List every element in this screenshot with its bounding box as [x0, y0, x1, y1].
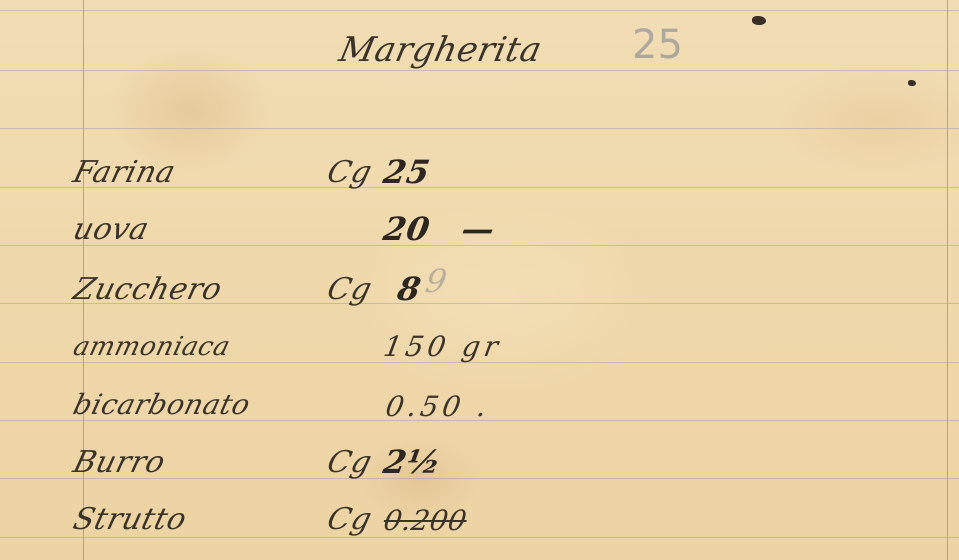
ingredient-unit: Cg — [324, 155, 376, 190]
ingredient-name: bicarbonato — [70, 388, 254, 421]
ingredient-name: Burro — [70, 445, 169, 480]
ink-blot — [908, 80, 916, 86]
ruled-line — [0, 537, 959, 538]
recipe-title: Margherita — [336, 30, 546, 70]
ingredient-name: Strutto — [70, 502, 191, 537]
ink-blot — [752, 16, 766, 25]
ingredient-quantity: 25 — [381, 153, 433, 191]
ingredient-note: — — [459, 210, 498, 248]
ruled-line — [0, 10, 959, 11]
ingredient-quantity: 0.50 . — [383, 390, 493, 423]
ingredient-name: ammoniaca — [70, 332, 233, 362]
ingredient-name: Zucchero — [70, 272, 226, 307]
ingredient-name: uova — [70, 212, 153, 247]
right-margin-line — [947, 0, 948, 560]
page-number: 25 — [632, 22, 683, 68]
ingredient-quantity: 0.200 — [381, 504, 469, 537]
ingredient-quantity: 20 — [381, 210, 433, 248]
ruled-line — [0, 70, 959, 71]
ingredient-quantity: 2½ — [381, 443, 444, 481]
ingredient-unit: Cg — [324, 272, 376, 307]
ruled-line — [0, 128, 959, 129]
ingredient-unit: Cg — [324, 502, 376, 537]
ingredient-name: Farina — [70, 155, 180, 190]
ingredient-quantity: 150 gr — [381, 330, 504, 363]
ingredient-unit: Cg — [324, 445, 376, 480]
